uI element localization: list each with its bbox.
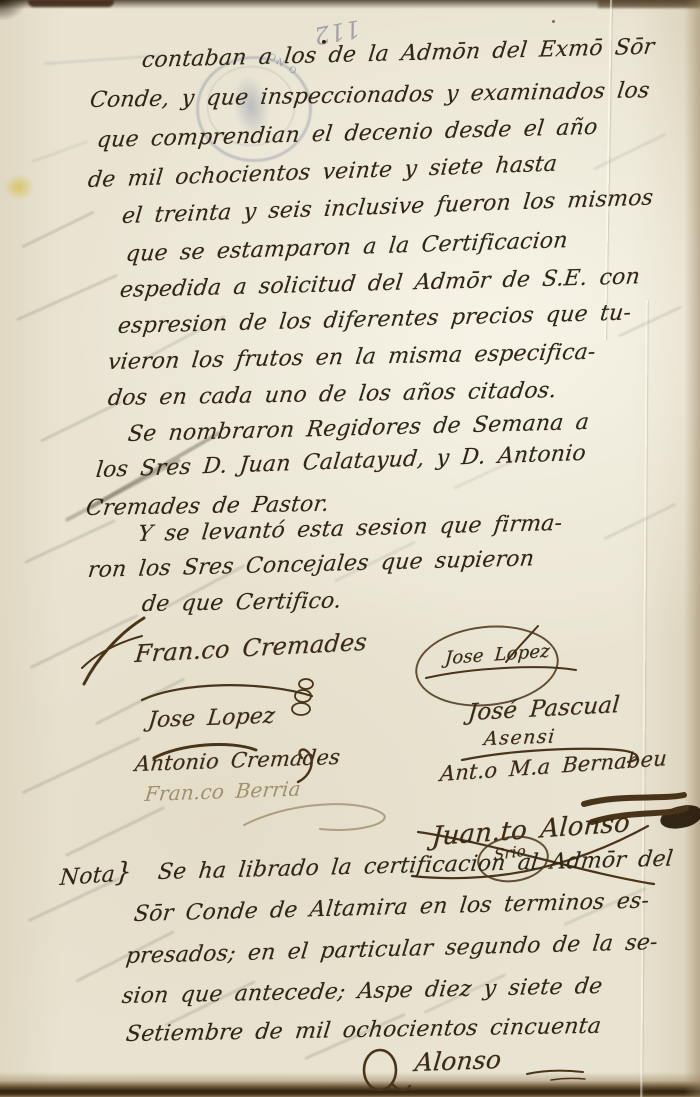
final-alonso-q-rubric (360, 1046, 412, 1094)
page-corner-top-left (0, 0, 26, 20)
body-line-9: vieron los frutos en la misma especifica… (107, 340, 598, 375)
signature-jose-lopez: Jose Lopez (147, 704, 276, 734)
closing-line-2: ron los Sres Concejales que supieron (87, 546, 536, 583)
berria-loop-flourish (240, 795, 392, 837)
nota-label-text: Nota (59, 862, 116, 891)
body-line-6: que se estamparon a la Certificacion (125, 228, 569, 267)
manuscript-page: ON O 112 contaban a los de la Admōn del … (0, 0, 700, 1097)
signature-francisco-cremades: Fran.co Cremades (134, 628, 368, 668)
bleedthrough-stroke (31, 140, 88, 163)
bleedthrough-stroke (603, 503, 676, 541)
yellow-stain (4, 174, 34, 200)
page-edge-bottom (0, 1072, 700, 1097)
bleedthrough-stroke (65, 806, 165, 857)
body-line-4: de mil ochocientos veinte y siete hasta (87, 152, 559, 193)
body-line-5: el treinta y seis inclusive fueron los m… (121, 185, 655, 229)
closing-line-3: de que Certifico. (140, 588, 342, 617)
final-alonso-dash-flourish (525, 1064, 587, 1084)
bleedthrough-stroke (593, 133, 666, 171)
body-line-10: dos en cada uno de los años citados. (106, 378, 558, 411)
signature-final-alonso: Alonso (413, 1045, 502, 1077)
body-line-3: que comprendian el decenio desde el año (96, 115, 599, 153)
appointment-line-1: Se nombraron Regidores de Semana a (127, 410, 591, 447)
body-line-1: contaban a los de la Admōn del Exmō Sōr (141, 35, 656, 74)
bleedthrough-stroke (21, 211, 94, 249)
appointment-line-3: Cremades de Pastor. (84, 492, 330, 521)
page-edge-right (684, 0, 700, 1097)
nota-line-4: sion que antecede; Aspe diez y siete de (121, 974, 604, 1009)
nota-brace: } (114, 857, 133, 888)
fold-crease-lower (640, 300, 648, 1097)
body-line-8: espresion de los diferentes precios que … (117, 301, 633, 340)
appointment-line-2: los Sres D. Juan Calatayud, y D. Antonio (95, 441, 587, 483)
bleedthrough-stroke (21, 737, 140, 795)
nota-line-5: Setiembre de mil ochocientos cincuenta (124, 1014, 602, 1047)
nota-label: Nota} (59, 857, 133, 892)
bleedthrough-stroke (16, 274, 118, 321)
body-line-7: espedida a solicitud del Admōr de S.E. c… (119, 264, 642, 303)
nota-line-3: presados; en el particular segundo de la… (125, 930, 660, 969)
body-line-2: Conde, y que inspeccionados y examinados… (88, 78, 651, 113)
ink-speck (552, 20, 555, 23)
page-edge-top-blotch-left (28, 0, 114, 7)
